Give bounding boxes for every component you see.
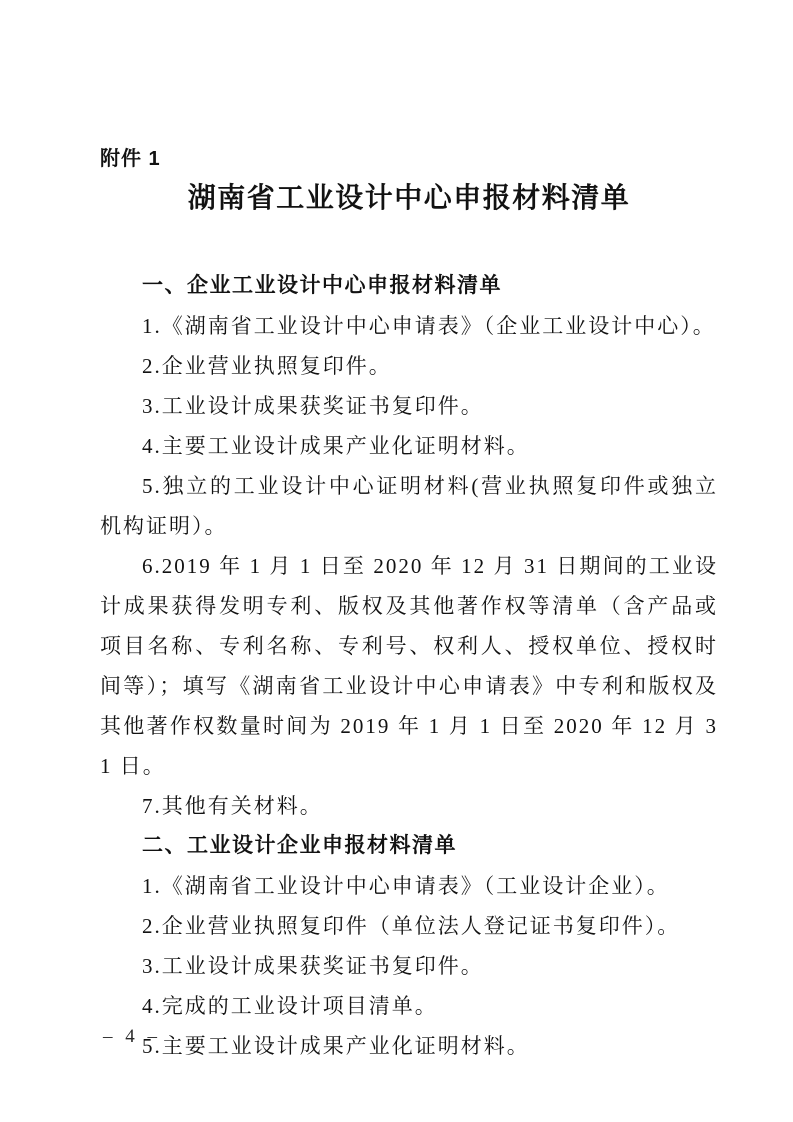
section-enterprise-design-center: 一、企业工业设计中心申报材料清单 1.《湖南省工业设计中心申请表》（企业工业设计… [100, 266, 718, 826]
section-2-item-1: 1.《湖南省工业设计中心申请表》（工业设计企业）。 [100, 866, 718, 906]
attachment-label: 附件 1 [100, 146, 718, 172]
section-1-item-6: 6.2019 年 1 月 1 日至 2020 年 12 月 31 日期间的工业设… [100, 546, 718, 786]
section-2-item-4: 4.完成的工业设计项目清单。 [100, 986, 718, 1026]
section-industrial-design-company: 二、工业设计企业申报材料清单 1.《湖南省工业设计中心申请表》（工业设计企业）。… [100, 826, 718, 1066]
section-1-heading: 一、企业工业设计中心申报材料清单 [100, 266, 718, 306]
section-1-item-3: 3.工业设计成果获奖证书复印件。 [100, 386, 718, 426]
section-2-heading: 二、工业设计企业申报材料清单 [100, 826, 718, 866]
document-body: 附件 1 湖南省工业设计中心申报材料清单 一、企业工业设计中心申报材料清单 1.… [100, 146, 718, 1066]
section-1-item-2: 2.企业营业执照复印件。 [100, 346, 718, 386]
document-title: 湖南省工业设计中心申报材料清单 [100, 182, 718, 216]
section-1-item-4: 4.主要工业设计成果产业化证明材料。 [100, 426, 718, 466]
section-1-item-5: 5.独立的工业设计中心证明材料(营业执照复印件或独立机构证明）。 [100, 466, 718, 546]
page-number: – 4 – [103, 1026, 161, 1048]
section-2-item-5: 5.主要工业设计成果产业化证明材料。 [100, 1026, 718, 1066]
section-2-item-2: 2.企业营业执照复印件（单位法人登记证书复印件）。 [100, 906, 718, 946]
section-1-item-7: 7.其他有关材料。 [100, 786, 718, 826]
section-1-item-1: 1.《湖南省工业设计中心申请表》（企业工业设计中心）。 [100, 306, 718, 346]
section-2-item-3: 3.工业设计成果获奖证书复印件。 [100, 946, 718, 986]
document-content: 一、企业工业设计中心申报材料清单 1.《湖南省工业设计中心申请表》（企业工业设计… [100, 266, 718, 1066]
document-page: 附件 1 湖南省工业设计中心申报材料清单 一、企业工业设计中心申报材料清单 1.… [0, 0, 793, 1122]
